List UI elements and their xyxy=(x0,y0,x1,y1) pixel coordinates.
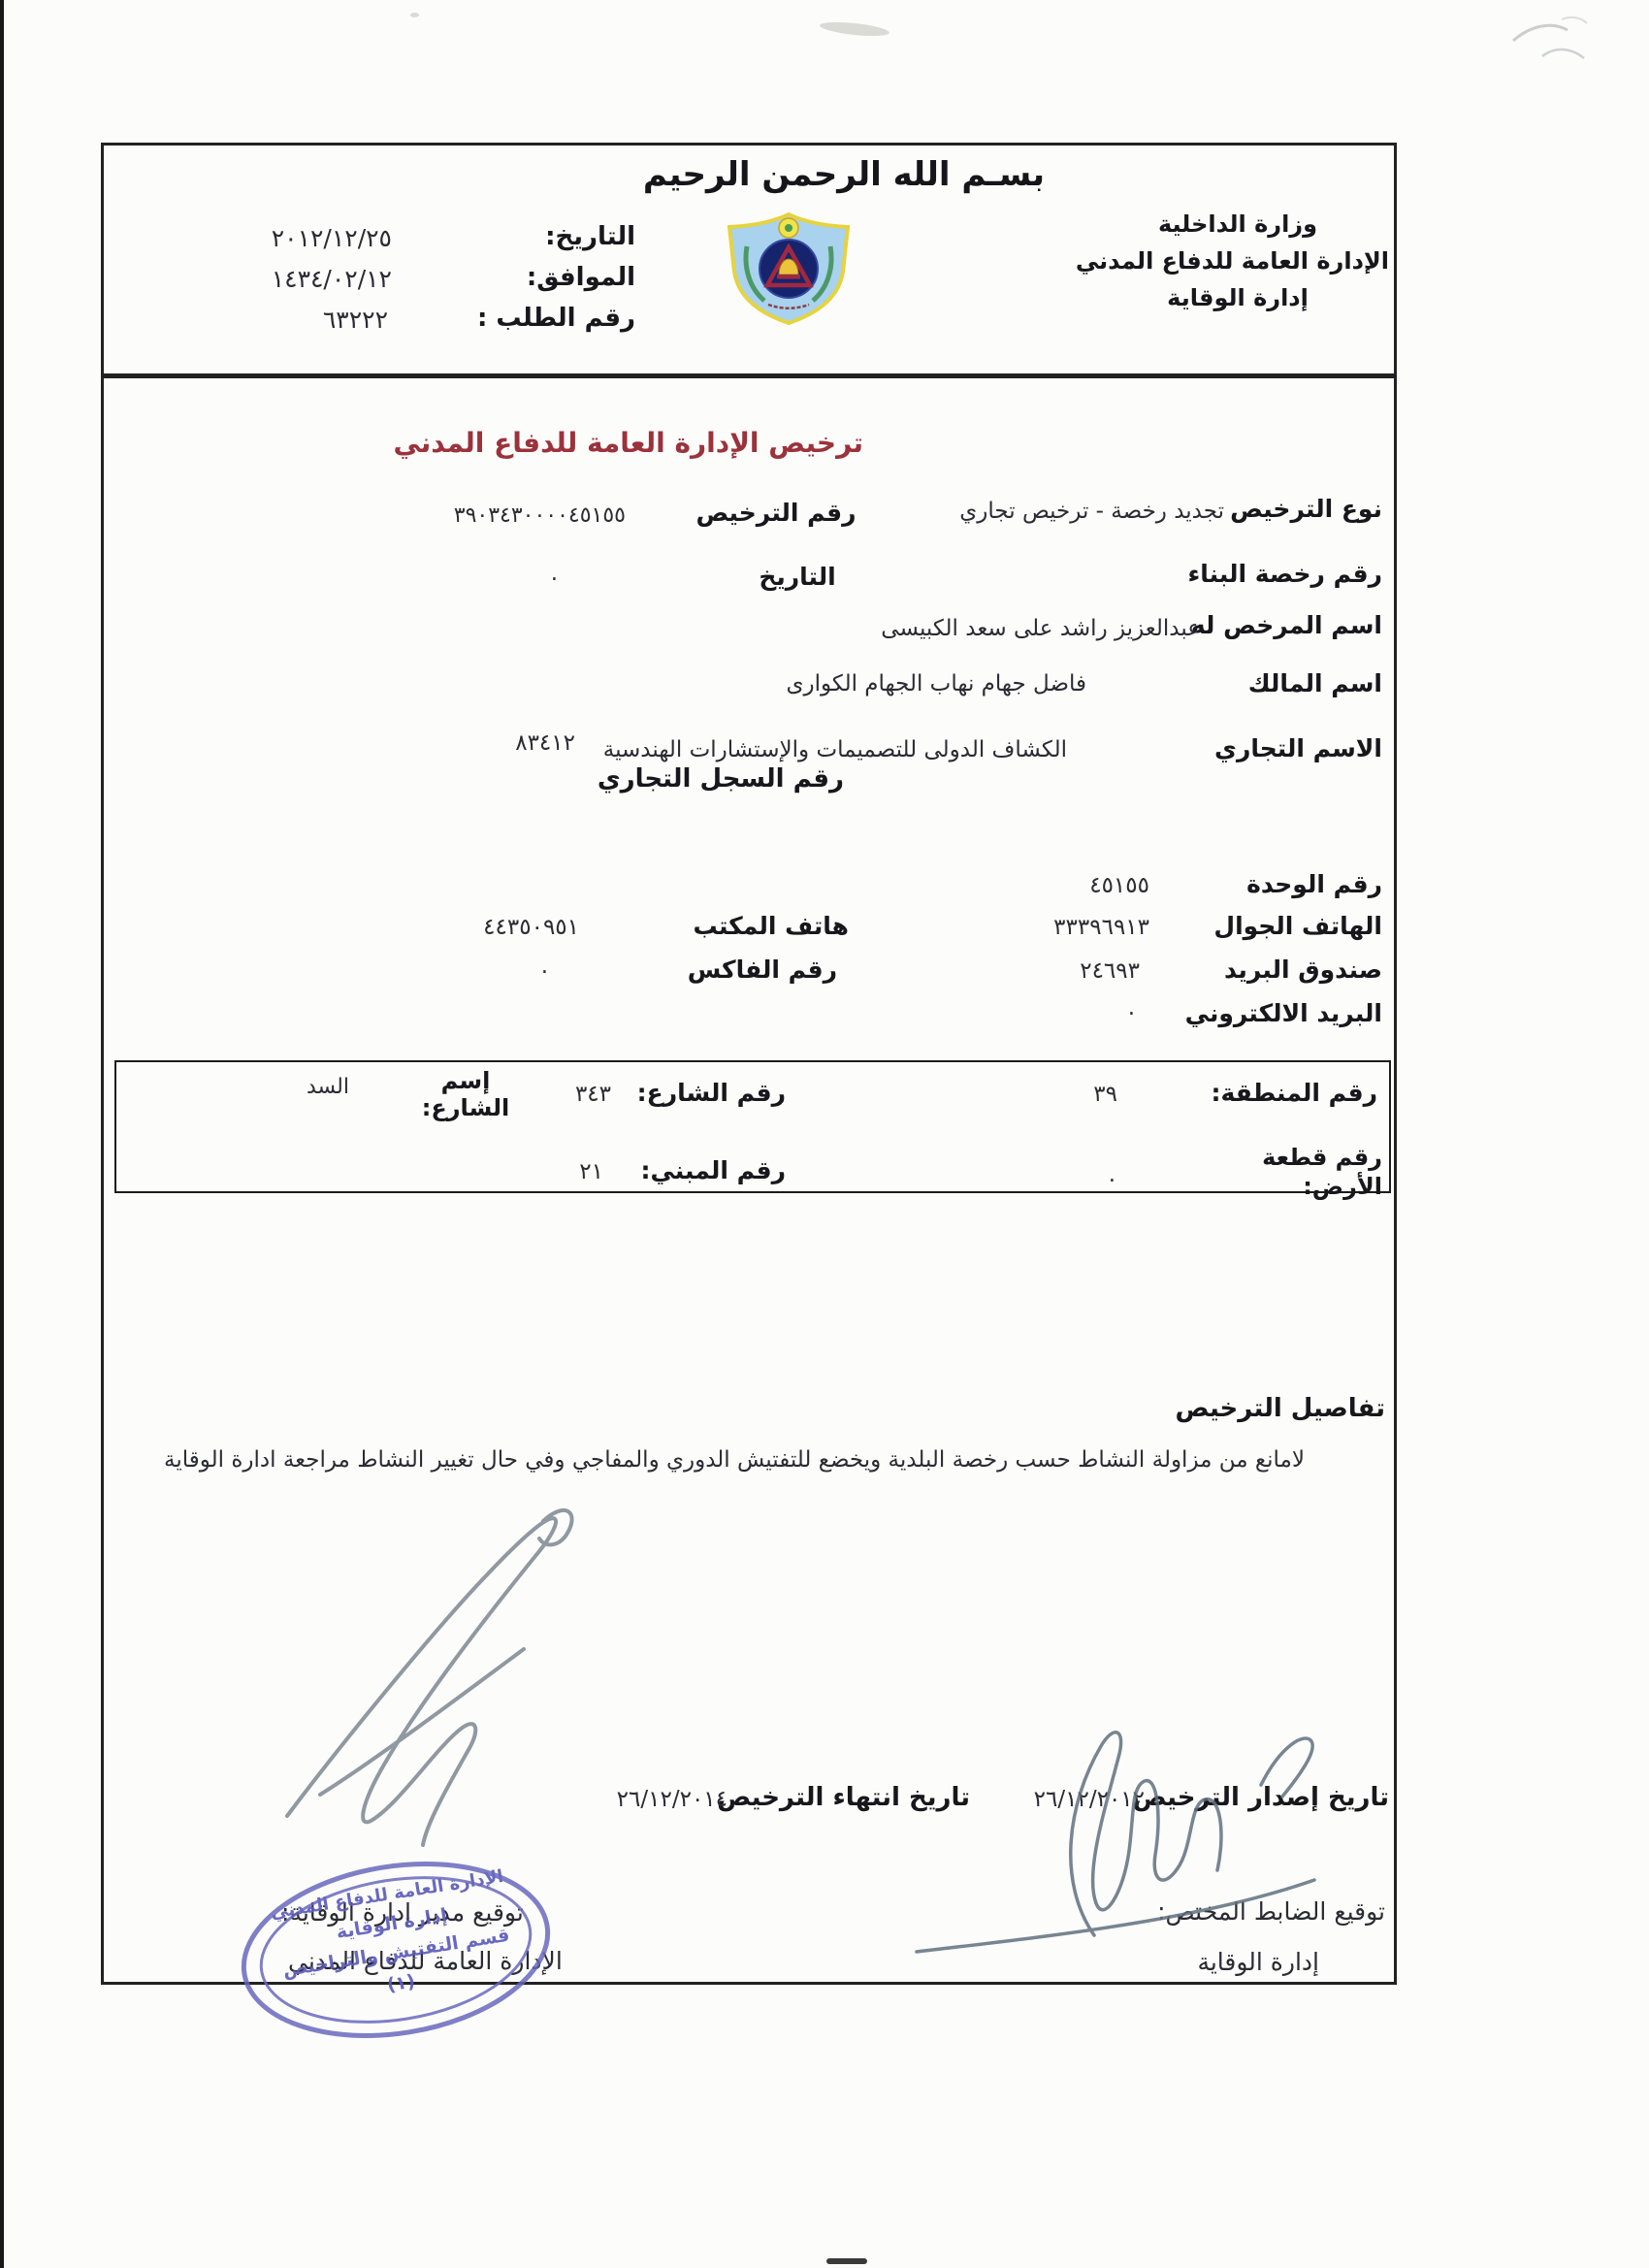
bismillah-heading: بسـم الله الرحمن الرحيم xyxy=(543,155,1145,194)
commercial-register-label: رقم السجل التجاري xyxy=(598,764,844,794)
officer-signature-label: توقيع الضابط المختص: xyxy=(1157,1897,1385,1926)
details-heading: تفاصيل الترخيص xyxy=(1175,1394,1385,1423)
owner-name-value: فاضل جهام نهاب الجهام الكوارى xyxy=(786,671,1086,697)
details-text: لامانع من مزاولة النشاط حسب رخصة البلدية… xyxy=(164,1447,1305,1473)
hijri-date-label: الموافق: xyxy=(527,263,635,292)
zone-number-value: ٣٩ xyxy=(1093,1082,1117,1107)
unit-number-label: رقم الوحدة xyxy=(1246,870,1382,898)
building-permit-label: رقم رخصة البناء xyxy=(1187,560,1382,588)
prevention-department-name: إدارة الوقاية xyxy=(1086,279,1389,316)
scan-pencil-marks xyxy=(0,0,1649,116)
scan-bottom-mark xyxy=(826,2258,867,2264)
fax-number-value: . xyxy=(541,954,548,979)
licensee-name-label: اسم المرخص له xyxy=(1191,611,1382,639)
hijri-date-value: ١٤٣٤/٠٢/١٢ xyxy=(272,265,392,293)
ministry-block: وزارة الداخلية الإدارة العامة للدفاع الم… xyxy=(1086,206,1389,316)
gregorian-date-value: ٢٠١٢/١٢/٢٥ xyxy=(272,224,392,252)
request-number-label: رقم الطلب : xyxy=(477,304,635,333)
ministry-name: وزارة الداخلية xyxy=(1086,206,1389,243)
street-name-label: إسم الشارع: xyxy=(417,1067,514,1121)
mobile-phone-value: ٣٣٣٩٦٩١٣ xyxy=(1053,915,1149,940)
scan-speck xyxy=(410,13,419,17)
street-number-value: ٣٤٣ xyxy=(575,1082,611,1107)
license-date-value: . xyxy=(551,561,558,586)
commercial-register-value: ٨٣٤١٢ xyxy=(515,730,575,756)
email-label: البريد الالكتروني xyxy=(1185,999,1382,1027)
office-phone-value: ٤٤٣٥٠٩٥١ xyxy=(483,915,579,940)
plot-number-value: . xyxy=(1109,1162,1115,1187)
office-phone-label: هاتف المكتب xyxy=(693,912,849,940)
pobox-label: صندوق البريد xyxy=(1224,956,1382,984)
owner-name-label: اسم المالك xyxy=(1248,669,1382,697)
civil-defence-emblem-logo xyxy=(726,211,852,326)
street-number-label: رقم الشارع: xyxy=(637,1079,786,1107)
mobile-phone-label: الهاتف الجوال xyxy=(1213,912,1382,940)
email-value: . xyxy=(1128,995,1135,1021)
fax-number-label: رقم الفاكس xyxy=(688,956,837,984)
unit-number-value: ٤٥١٥٥ xyxy=(1089,873,1149,898)
scan-smudge xyxy=(820,19,890,38)
issue-date-label: تاريخ إصدار الترخيص xyxy=(1133,1783,1389,1812)
officer-department: إدارة الوقاية xyxy=(1197,1948,1319,1976)
license-type-value: تجديد رخصة - ترخيص تجاري xyxy=(959,499,1224,524)
license-title: ترخيص الإدارة العامة للدفاع المدني xyxy=(417,427,863,459)
general-directorate-name: الإدارة العامة للدفاع المدني xyxy=(1086,243,1389,279)
trade-name-value: الكشاف الدولى للتصميمات والإستشارات الهن… xyxy=(603,737,1067,762)
building-number-value: ٢١ xyxy=(579,1159,603,1184)
license-number-label: رقم الترخيص xyxy=(689,499,863,527)
building-number-label: رقم المبني: xyxy=(641,1156,787,1184)
trade-name-label: الاسم التجاري xyxy=(1214,734,1382,762)
licensee-name-value: عبدالعزيز راشد على سعد الكبيسى xyxy=(881,616,1201,641)
zone-number-label: رقم المنطقة: xyxy=(1212,1079,1378,1107)
scanned-license-document: بسـم الله الرحمن الرحيم وزارة الداخلية ا… xyxy=(0,0,1649,2268)
plot-number-label: رقم قطعة الأرض: xyxy=(1251,1143,1382,1201)
expiry-date-label: تاريخ انتهاء الترخيص xyxy=(717,1783,970,1812)
license-type-label: نوع الترخيص xyxy=(1230,495,1382,523)
license-date-label: التاريخ xyxy=(739,563,856,591)
gregorian-date-label: التاريخ: xyxy=(545,222,635,251)
pobox-value: ٢٤٦٩٣ xyxy=(1080,958,1140,984)
scan-edge-artifact xyxy=(0,0,4,2268)
request-number-value: ٦٣٢٢٢ xyxy=(323,306,388,334)
building-permit-value: . xyxy=(1188,555,1195,580)
street-name-value: السد xyxy=(307,1075,349,1099)
issue-date-value: ٢٦/١٢/٢٠١٢ xyxy=(1034,1787,1145,1812)
expiry-date-value: ٢٦/١٢/٢٠١٤ xyxy=(617,1787,727,1812)
license-number-value: ٣٩٠٣٤٣٠٠٠٠٤٥١٥٥ xyxy=(454,503,626,528)
